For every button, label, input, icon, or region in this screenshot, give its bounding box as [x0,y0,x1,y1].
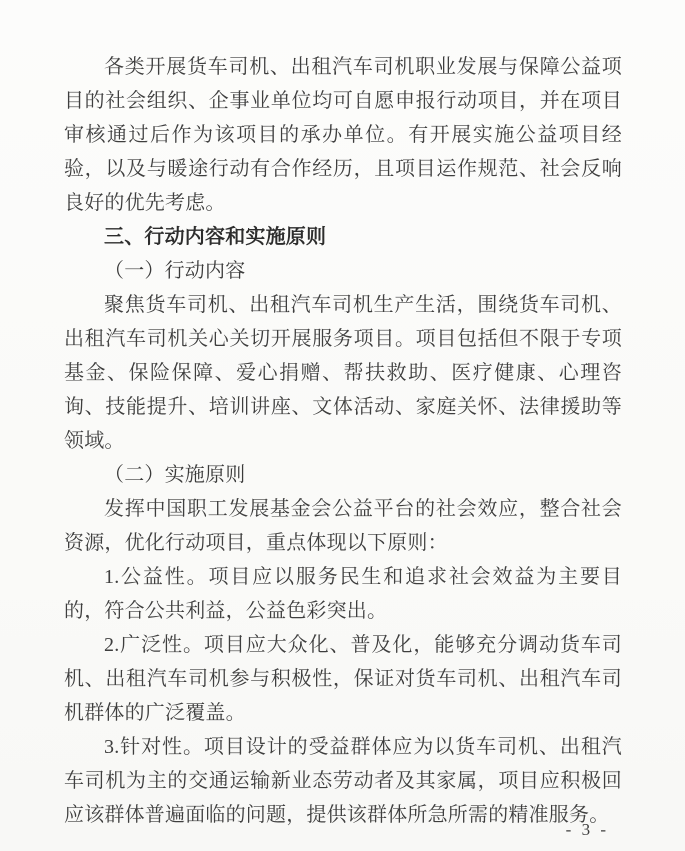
heading-section-3-action-content-and-principles: 三、行动内容和实施原则 [64,220,622,254]
document-page: 各类开展货车司机、出租汽车司机职业发展与保障公益项目的社会组织、企事业单位均可自… [0,0,685,851]
page-number: - 3 - [566,820,609,840]
paragraph-principle-3-targeted: 3.针对性。项目设计的受益群体应为以货车司机、出租汽车司机为主的交通运输新业态劳… [64,730,622,832]
paragraph-principle-2-broadness: 2.广泛性。项目应大众化、普及化，能够充分调动货车司机、出租汽车司机参与积极性，… [64,628,622,730]
document-body: 各类开展货车司机、出租汽车司机职业发展与保障公益项目的社会组织、企事业单位均可自… [64,50,622,832]
paragraph-principle-1-public-welfare: 1.公益性。项目应以服务民生和追求社会效益为主要目的，符合公共利益，公益色彩突出… [64,560,622,628]
paragraph-principles-intro: 发挥中国职工发展基金会公益平台的社会效应，整合社会资源，优化行动项目，重点体现以… [64,492,622,560]
subheading-1-action-content: （一）行动内容 [64,254,622,288]
subheading-2-implementation-principles: （二）实施原则 [64,458,622,492]
paragraph-action-content: 聚焦货车司机、出租汽车司机生产生活，围绕货车司机、出租汽车司机关心关切开展服务项… [64,288,622,458]
paragraph-applicant-eligibility: 各类开展货车司机、出租汽车司机职业发展与保障公益项目的社会组织、企事业单位均可自… [64,50,622,220]
